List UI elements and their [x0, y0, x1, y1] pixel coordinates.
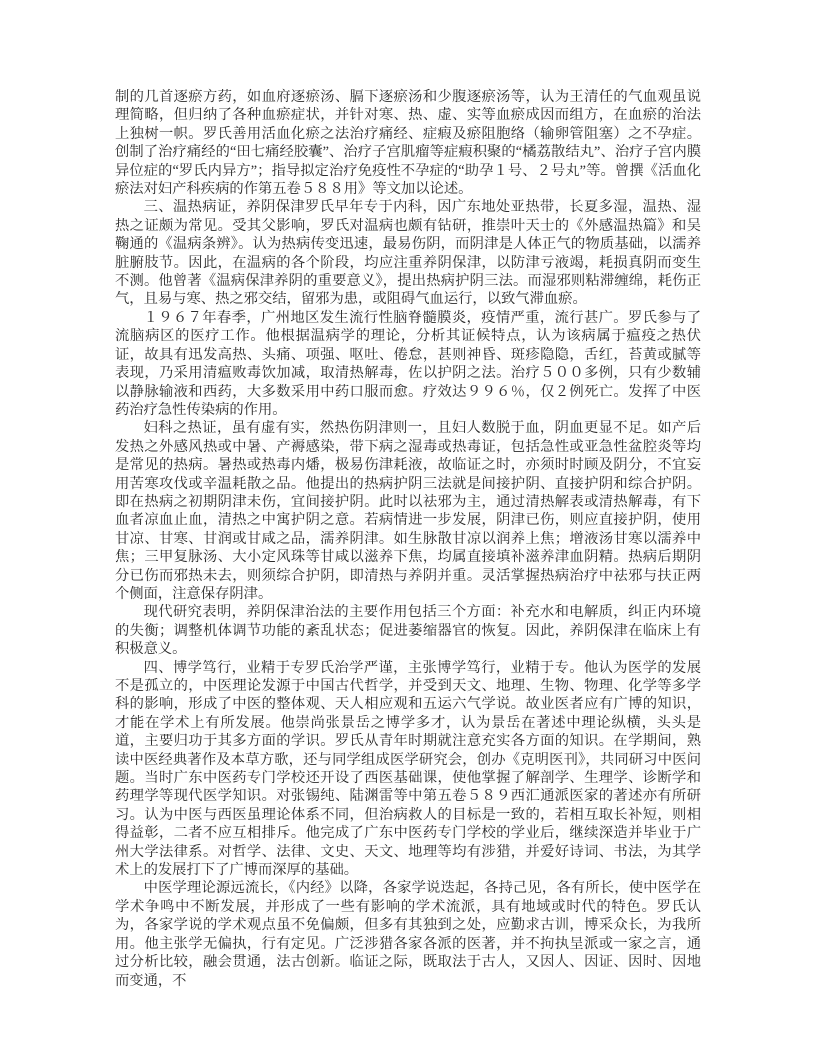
paragraph-6: 四、博学笃行，业精于专罗氏治学严谨，主张博学笃行，业精于专。他认为医学的发展不是… [115, 659, 701, 880]
paragraph-3: １９６７年春季，广州地区发生流行性脑脊髓膜炎，疫情严重，流行甚广。罗氏参与了流脑… [115, 309, 701, 419]
paragraph-7: 中医学理论源远流长，《内经》以降，各家学说迭起，各持己见，各有所长，使中医学在学… [115, 879, 701, 989]
document-page: 制的几首逐瘀方药，如血府逐瘀汤、膈下逐瘀汤和少腹逐瘀汤等，认为王清任的气血观虽说… [0, 0, 816, 1056]
paragraph-4: 妇科之热证，虽有虚有实，然热伤阴津则一，且妇人数脱于血，阴血更显不足。如产后发热… [115, 419, 701, 603]
paragraph-2: 三、温热病证，养阴保津罗氏早年专于内科，因广东地处亚热带，长夏多湿，温热、湿热之… [115, 198, 701, 308]
paragraph-5: 现代研究表明，养阴保津治法的主要作用包括三个方面：补充水和电解质，纠正内环境的失… [115, 603, 701, 658]
paragraph-1: 制的几首逐瘀方药，如血府逐瘀汤、膈下逐瘀汤和少腹逐瘀汤等，认为王清任的气血观虽说… [115, 88, 701, 198]
document-text-body: 制的几首逐瘀方药，如血府逐瘀汤、膈下逐瘀汤和少腹逐瘀汤等，认为王清任的气血观虽说… [115, 88, 701, 990]
